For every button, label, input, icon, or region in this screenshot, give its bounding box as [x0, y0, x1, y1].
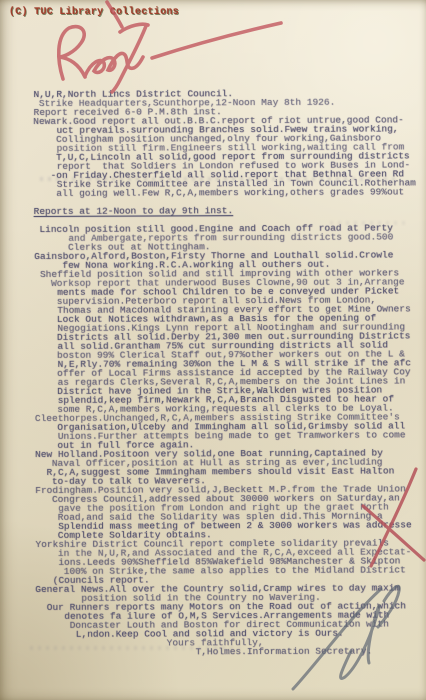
letter-line: report that Soldiers in London refused t…	[34, 160, 426, 171]
paper-smudge	[40, 177, 395, 181]
letter-lines: N,U,R,North Lincs District Council. Stri…	[33, 88, 426, 657]
letter-line: Gainsboro,Alford,Boston,Firsty Thorne an…	[34, 250, 426, 261]
letter-line	[34, 196, 426, 207]
letter-line: (Councils report.	[36, 574, 426, 585]
paper-smudge	[30, 646, 240, 650]
letter-line: Splendid mass meeting of between 2 & 300…	[35, 520, 426, 531]
watermark-text: (C) TUC Library Collections	[9, 7, 179, 18]
letter-line: R,C,A,suggest some Immingham members sho…	[35, 466, 426, 477]
letter-line: Cleethorpes.Unchanged,R,C,A,members assi…	[35, 412, 426, 423]
letter-line: Negogiations.Kings Lynn report all Nooti…	[34, 322, 426, 333]
letter-line: Unions.Further attempts being made to ge…	[35, 430, 426, 441]
paper-smudge	[330, 221, 410, 225]
scanned-document-page: (C) TUC Library Collections N,U,R,North …	[0, 0, 426, 700]
letter-line: position solid in the Country no Waverin…	[36, 592, 426, 603]
typewritten-letter: N,U,R,North Lincs District Council. Stri…	[33, 70, 426, 675]
letter-line: Thomas and Macdonald starining every eff…	[34, 304, 426, 315]
letter-line: position still firm.Engineers still work…	[34, 142, 426, 153]
letter-line: as regards Clerks,Several R,C,A,members …	[35, 376, 426, 387]
